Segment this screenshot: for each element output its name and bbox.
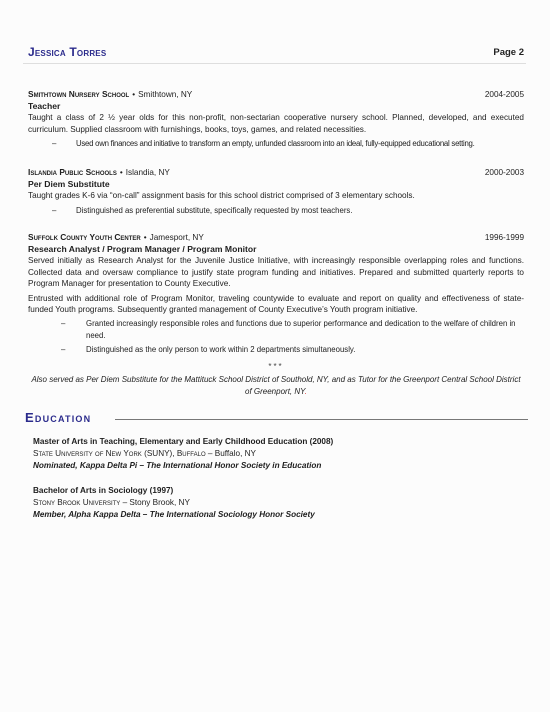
achievement-text: Distinguished as the only person to work… — [86, 345, 355, 354]
job-location: Islandia, NY — [126, 168, 170, 177]
degree-name: Master of Arts in Teaching, Elementary a… — [33, 436, 333, 448]
job-dates: 1996-1999 — [485, 232, 524, 243]
job-description: Taught a class of 2 ½ year olds for this… — [28, 112, 524, 135]
school-location: – Stony Brook, NY — [120, 498, 190, 507]
job-header: Islandia Public Schools•Islandia, NY 200… — [28, 167, 524, 179]
page-number: Page 2 — [493, 47, 524, 58]
header-divider — [23, 63, 526, 64]
section-divider-stars: *** — [28, 362, 524, 371]
dash-icon: – — [52, 205, 56, 216]
job-dates: 2000-2003 — [485, 167, 524, 178]
degree-entry: Master of Arts in Teaching, Elementary a… — [33, 436, 333, 472]
note-text: Also served as Per Diem Substitute for t… — [31, 375, 520, 396]
job-header: Suffolk County Youth Center•Jamesport, N… — [28, 232, 524, 244]
page-header: Jessica Torres Page 2 — [28, 45, 524, 65]
achievement-text: Used own finances and initiative to tran… — [76, 139, 475, 148]
bullet-separator: • — [120, 168, 123, 177]
job-description: Served initially as Research Analyst for… — [28, 255, 524, 289]
education-heading: Education — [25, 410, 91, 425]
employer-name: Smithtown Nursery School — [28, 89, 129, 99]
job-achievements: –Used own finances and initiative to tra… — [28, 138, 524, 149]
employer-name: Suffolk County Youth Center — [28, 232, 141, 242]
achievement-text: Granted increasingly responsible roles a… — [86, 319, 516, 339]
job-title: Per Diem Substitute — [28, 179, 524, 190]
bullet-separator: • — [132, 90, 135, 99]
achievement-item: –Granted increasingly responsible roles … — [28, 318, 524, 341]
achievement-text: Distinguished as preferential substitute… — [76, 206, 353, 215]
additional-experience-note: Also served as Per Diem Substitute for t… — [28, 374, 524, 397]
dash-icon: – — [52, 138, 56, 149]
dash-icon: – — [61, 344, 65, 355]
note-period: . — [305, 387, 307, 396]
job-dates: 2004-2005 — [485, 89, 524, 100]
achievement-item: –Used own finances and initiative to tra… — [28, 138, 524, 149]
degree-honor: Member, Alpha Kappa Delta – The Internat… — [33, 509, 315, 521]
school-name: Stony Brook University — [33, 498, 120, 507]
job-achievements: –Granted increasingly responsible roles … — [28, 318, 524, 355]
school-name: State University of New York (SUNY), Buf… — [33, 449, 206, 458]
candidate-name: Jessica Torres — [28, 45, 106, 59]
job-description: Entrusted with additional role of Progra… — [28, 293, 524, 316]
employer-name: Islandia Public Schools — [28, 167, 117, 177]
degree-entry: Bachelor of Arts in Sociology (1997) Sto… — [33, 485, 315, 521]
education-divider — [115, 419, 528, 420]
job-location: Smithtown, NY — [138, 90, 192, 99]
dash-icon: – — [61, 318, 65, 329]
job-title: Research Analyst / Program Manager / Pro… — [28, 244, 524, 255]
job-header: Smithtown Nursery School•Smithtown, NY 2… — [28, 89, 524, 101]
school-location: – Buffalo, NY — [206, 449, 256, 458]
degree-honor: Nominated, Kappa Delta Pi – The Internat… — [33, 460, 333, 472]
degree-name: Bachelor of Arts in Sociology (1997) — [33, 485, 315, 497]
achievement-item: –Distinguished as the only person to wor… — [28, 344, 524, 355]
job-entry: Suffolk County Youth Center•Jamesport, N… — [28, 232, 524, 359]
job-location: Jamesport, NY — [150, 233, 204, 242]
job-achievements: –Distinguished as preferential substitut… — [28, 205, 524, 216]
job-entry: Islandia Public Schools•Islandia, NY 200… — [28, 167, 524, 219]
bullet-separator: • — [144, 233, 147, 242]
job-title: Teacher — [28, 101, 524, 112]
job-entry: Smithtown Nursery School•Smithtown, NY 2… — [28, 89, 524, 153]
achievement-item: –Distinguished as preferential substitut… — [28, 205, 524, 216]
job-description: Taught grades K-6 via “on-call” assignme… — [28, 190, 524, 201]
